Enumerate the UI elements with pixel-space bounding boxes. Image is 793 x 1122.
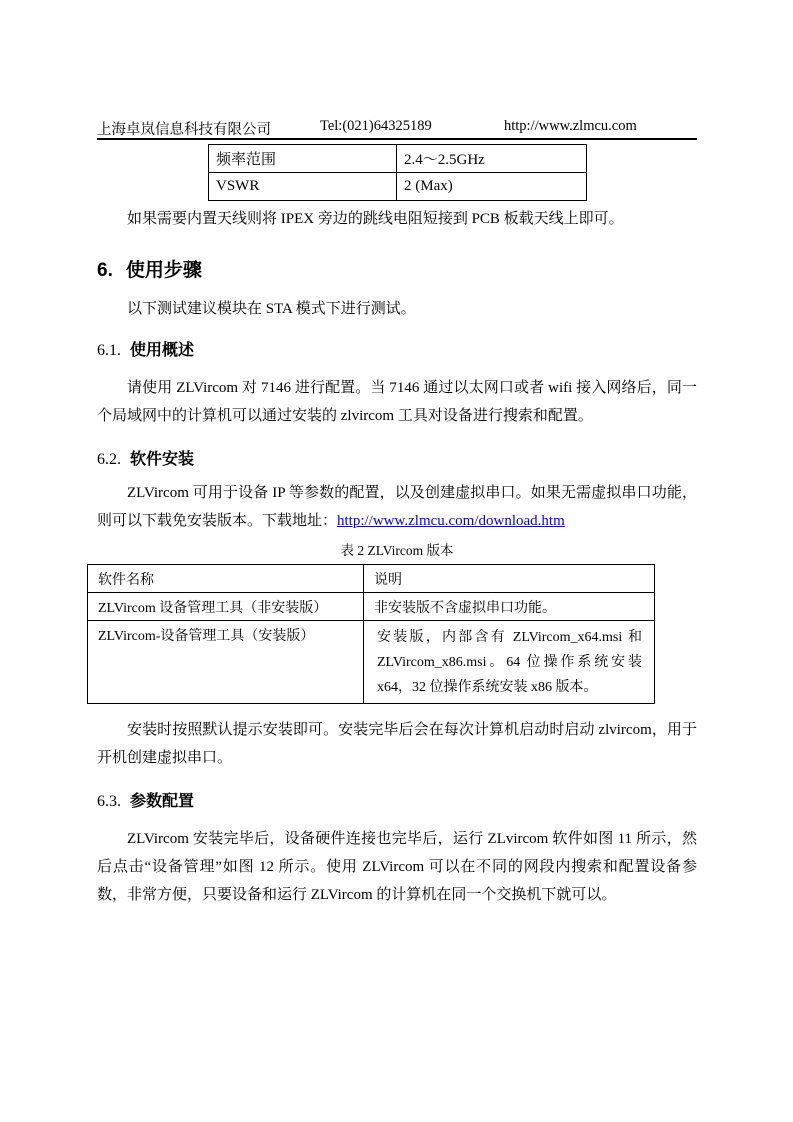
software-description-cell: 安装版，内部含有 ZLVircom_x64.msi 和 ZLVircom_x86…	[364, 621, 655, 704]
table-row: VSWR 2 (Max)	[209, 173, 587, 201]
section-title: 使用概述	[130, 342, 194, 359]
sta-note-paragraph: 以下测试建议模块在 STA 模式下进行测试。	[97, 297, 697, 321]
download-link[interactable]: http://www.zlmcu.com/download.htm	[337, 513, 565, 529]
header-telephone: Tel:(021)64325189	[320, 118, 432, 135]
software-name-cell: ZLVircom-设备管理工具（安装版）	[88, 621, 364, 704]
section-title: 软件安装	[130, 451, 194, 468]
header-company: 上海卓岚信息科技有限公司	[97, 118, 271, 139]
section-heading-6-1: 6.1.使用概述	[97, 339, 697, 362]
software-table-caption: 表 2 ZLVircom 版本	[97, 541, 697, 561]
table-row: ZLVircom-设备管理工具（安装版） 安装版，内部含有 ZLVircom_x…	[88, 621, 655, 704]
spec-name-cell: VSWR	[209, 173, 397, 201]
table-row: 频率范围 2.4～2.5GHz	[209, 145, 587, 173]
document-page: 上海卓岚信息科技有限公司 Tel:(021)64325189 http://ww…	[0, 0, 793, 1122]
section-heading-6: 6.使用步骤	[97, 259, 697, 283]
section-title: 使用步骤	[126, 260, 202, 281]
column-header-name: 软件名称	[88, 565, 364, 593]
section-number: 6.3.	[97, 793, 121, 810]
page-content: 上海卓岚信息科技有限公司 Tel:(021)64325189 http://ww…	[97, 0, 697, 909]
column-header-description: 说明	[364, 565, 655, 593]
table-row: ZLVircom 设备管理工具（非安装版） 非安装版不含虚拟串口功能。	[88, 593, 655, 621]
overview-paragraph: 请使用 ZLVircom 对 7146 进行配置。当 7146 通过以太网口或者…	[97, 374, 697, 430]
software-description-cell: 非安装版不含虚拟串口功能。	[364, 593, 655, 621]
antenna-spec-table: 频率范围 2.4～2.5GHz VSWR 2 (Max)	[208, 144, 587, 201]
section-title: 参数配置	[130, 793, 194, 810]
section-heading-6-2: 6.2.软件安装	[97, 448, 697, 471]
software-version-table: 软件名称 说明 ZLVircom 设备管理工具（非安装版） 非安装版不含虚拟串口…	[87, 564, 655, 704]
config-paragraph: ZLVircom 安装完毕后，设备硬件连接也完毕后，运行 ZLvircom 软件…	[97, 825, 697, 909]
section-heading-6-3: 6.3.参数配置	[97, 790, 697, 813]
spec-value-cell: 2.4～2.5GHz	[397, 145, 587, 173]
section-number: 6.	[97, 260, 113, 281]
spec-name-cell: 频率范围	[209, 145, 397, 173]
install-note-paragraph: 安装时按照默认提示安装即可。安装完毕后会在每次计算机启动时启动 zlvircom…	[97, 716, 697, 772]
install-intro-paragraph: ZLVircom 可用于设备 IP 等参数的配置，以及创建虚拟串口。如果无需虚拟…	[97, 479, 697, 535]
spec-value-cell: 2 (Max)	[397, 173, 587, 201]
section-number: 6.2.	[97, 451, 121, 468]
antenna-note-paragraph: 如果需要内置天线则将 IPEX 旁边的跳线电阻短接到 PCB 板载天线上即可。	[97, 207, 697, 231]
software-name-cell: ZLVircom 设备管理工具（非安装版）	[88, 593, 364, 621]
section-number: 6.1.	[97, 342, 121, 359]
table-header-row: 软件名称 说明	[88, 565, 655, 593]
header-website: http://www.zlmcu.com	[504, 118, 637, 135]
page-header: 上海卓岚信息科技有限公司 Tel:(021)64325189 http://ww…	[97, 0, 697, 140]
